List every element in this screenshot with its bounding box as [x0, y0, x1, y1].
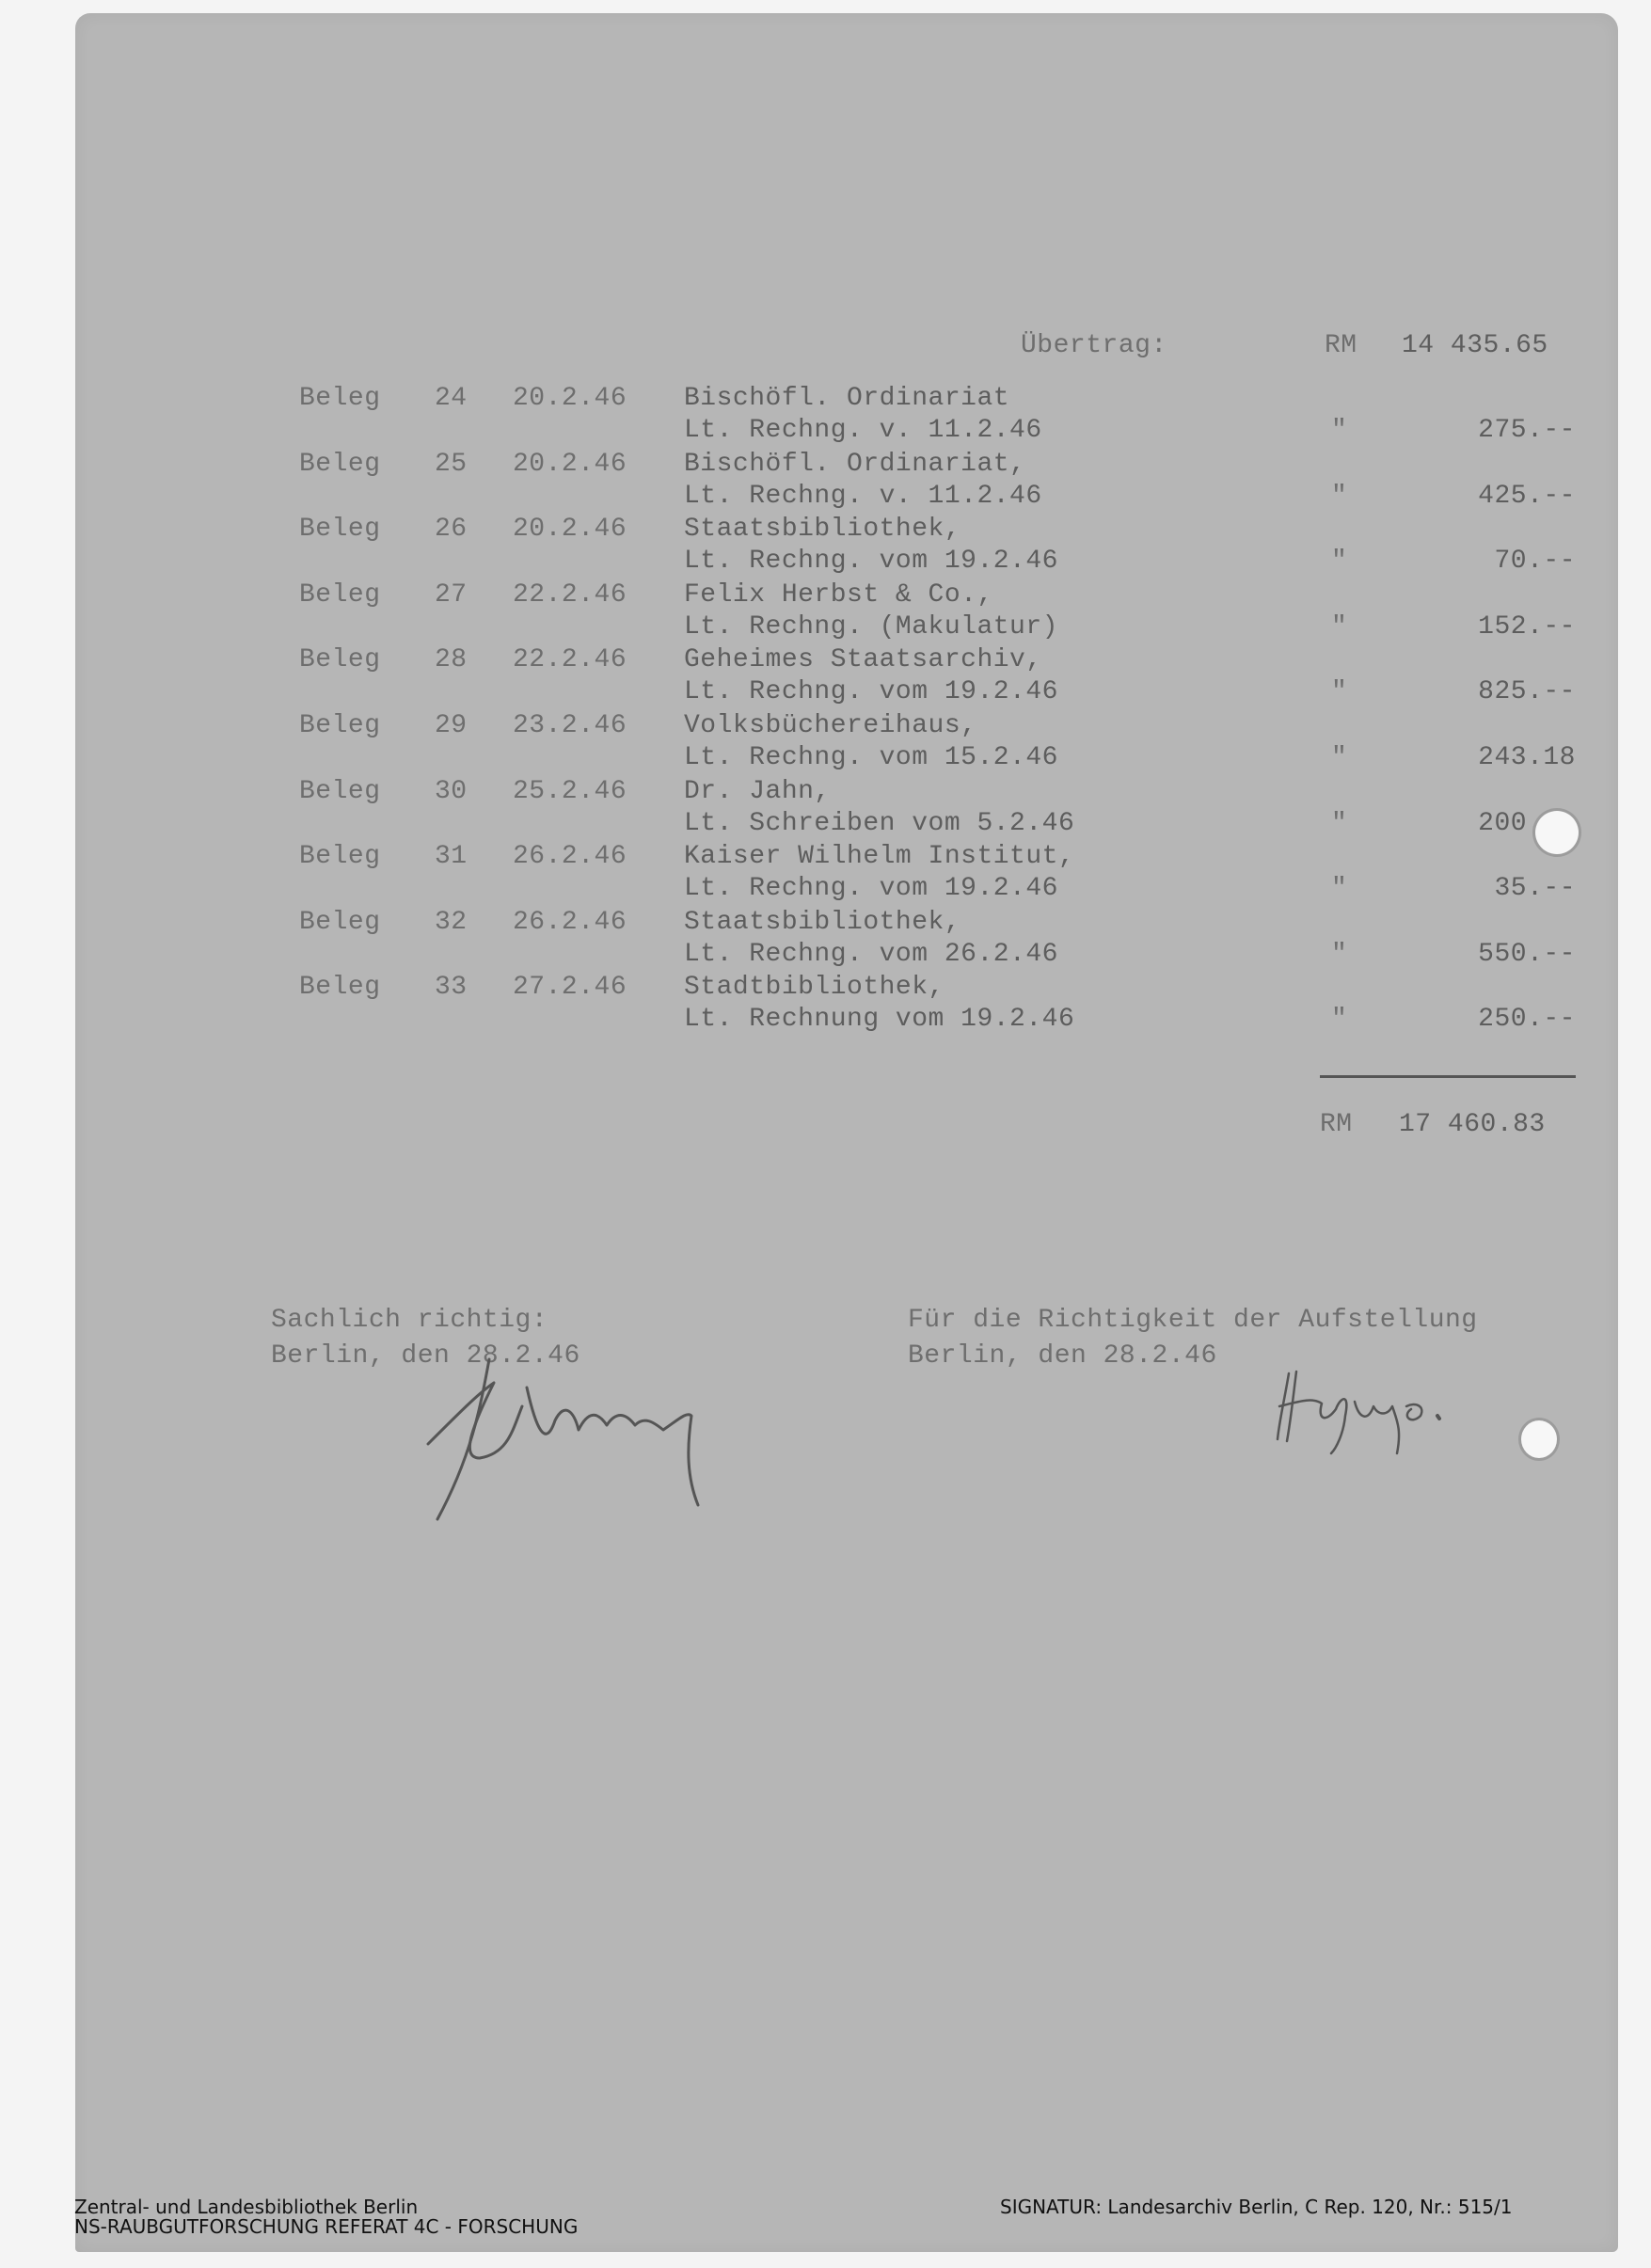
entry-label: Beleg — [299, 582, 381, 609]
entry-date: 22.2.46 — [513, 582, 627, 609]
entry-amount: 243.18 — [1478, 745, 1576, 771]
left-signature — [405, 1355, 762, 1524]
carryover-amount: 14 435.65 — [1402, 333, 1548, 359]
ditto-mark: " — [1331, 418, 1347, 444]
ditto-mark: " — [1331, 942, 1347, 968]
entry-date: 23.2.46 — [513, 713, 627, 739]
total-currency: RM — [1320, 1112, 1353, 1138]
ditto-mark: " — [1331, 876, 1347, 902]
entry-amount: 35.-- — [1494, 876, 1576, 902]
entry-number: 31 — [435, 844, 468, 870]
footer-library-name: Zentral- und Landesbibliothek Berlin — [74, 2197, 418, 2217]
entry-amount: 825.-- — [1478, 679, 1576, 706]
entry-date: 20.2.46 — [513, 516, 627, 543]
entry-label: Beleg — [299, 910, 381, 936]
entry-payee: Volksbüchereihaus, — [684, 713, 976, 739]
entry-label: Beleg — [299, 647, 381, 674]
ditto-mark: " — [1331, 1007, 1347, 1033]
entry-amount: 550.-- — [1478, 942, 1576, 968]
entry-payee: Stadtbibliothek, — [684, 975, 945, 1001]
punch-hole-upper — [1535, 811, 1579, 854]
entry-label: Beleg — [299, 779, 381, 805]
entry-amount: 425.-- — [1478, 484, 1576, 510]
entry-amount: 152.-- — [1478, 614, 1576, 641]
entry-reference: Lt. Rechng. v. 11.2.46 — [684, 418, 1042, 444]
entry-label: Beleg — [299, 452, 381, 478]
entry-label: Beleg — [299, 386, 381, 412]
entry-reference: Lt. Rechng. vom 19.2.46 — [684, 876, 1058, 902]
entry-date: 26.2.46 — [513, 844, 627, 870]
entry-number: 26 — [435, 516, 468, 543]
entry-label: Beleg — [299, 713, 381, 739]
sum-rule — [1320, 1075, 1576, 1078]
entry-number: 25 — [435, 452, 468, 478]
right-attestation-line1: Für die Richtigkeit der Aufstellung — [908, 1308, 1478, 1334]
entry-reference: Lt. Rechnung vom 19.2.46 — [684, 1007, 1074, 1033]
entry-number: 32 — [435, 910, 468, 936]
entry-label: Beleg — [299, 844, 381, 870]
entry-number: 33 — [435, 975, 468, 1001]
ditto-mark: " — [1331, 614, 1347, 641]
entry-number: 28 — [435, 647, 468, 674]
entry-reference: Lt. Rechng. vom 26.2.46 — [684, 942, 1058, 968]
ditto-mark: " — [1331, 811, 1347, 837]
document-sheet — [75, 13, 1618, 2252]
entry-date: 20.2.46 — [513, 452, 627, 478]
entry-label: Beleg — [299, 975, 381, 1001]
entry-reference: Lt. Rechng. (Makulatur) — [684, 614, 1058, 641]
entry-number: 29 — [435, 713, 468, 739]
entry-payee: Bischöfl. Ordinariat, — [684, 452, 1025, 478]
entry-number: 24 — [435, 386, 468, 412]
entry-payee: Staatsbibliothek, — [684, 516, 960, 543]
footer-signature-ref: SIGNATUR: Landesarchiv Berlin, C Rep. 12… — [1000, 2197, 1512, 2217]
entry-payee: Kaiser Wilhelm Institut, — [684, 844, 1074, 870]
entry-reference: Lt. Rechng. vom 19.2.46 — [684, 679, 1058, 706]
entry-reference: Lt. Rechng. vom 19.2.46 — [684, 548, 1058, 575]
entry-payee: Bischöfl. Ordinariat — [684, 386, 1009, 412]
entry-reference: Lt. Rechng. v. 11.2.46 — [684, 484, 1042, 510]
entry-label: Beleg — [299, 516, 381, 543]
entry-reference: Lt. Rechng. vom 15.2.46 — [684, 745, 1058, 771]
entry-payee: Felix Herbst & Co., — [684, 582, 993, 609]
entry-date: 25.2.46 — [513, 779, 627, 805]
entry-amount: 250.-- — [1478, 1007, 1576, 1033]
entry-date: 22.2.46 — [513, 647, 627, 674]
right-signature — [1270, 1364, 1515, 1458]
ditto-mark: " — [1331, 679, 1347, 706]
entry-date: 20.2.46 — [513, 386, 627, 412]
punch-hole-lower — [1521, 1420, 1557, 1458]
entry-reference: Lt. Schreiben vom 5.2.46 — [684, 811, 1074, 837]
total-amount: 17 460.83 — [1399, 1112, 1546, 1138]
ditto-mark: " — [1331, 745, 1347, 771]
ditto-mark: " — [1331, 484, 1347, 510]
footer-department: NS-RAUBGUTFORSCHUNG REFERAT 4C - FORSCHU… — [74, 2217, 578, 2237]
entry-date: 26.2.46 — [513, 910, 627, 936]
entry-payee: Dr. Jahn, — [684, 779, 831, 805]
right-attestation-line2: Berlin, den 28.2.46 — [908, 1343, 1217, 1370]
entry-amount: 275.-- — [1478, 418, 1576, 444]
entry-payee: Geheimes Staatsarchiv, — [684, 647, 1042, 674]
carryover-currency: RM — [1325, 333, 1357, 359]
entry-amount: 70.-- — [1494, 548, 1576, 575]
entry-number: 30 — [435, 779, 468, 805]
ditto-mark: " — [1331, 548, 1347, 575]
left-attestation-line1: Sachlich richtig: — [271, 1308, 548, 1334]
entry-number: 27 — [435, 582, 468, 609]
carryover-label: Übertrag: — [1021, 333, 1167, 359]
entry-date: 27.2.46 — [513, 975, 627, 1001]
entry-payee: Staatsbibliothek, — [684, 910, 960, 936]
